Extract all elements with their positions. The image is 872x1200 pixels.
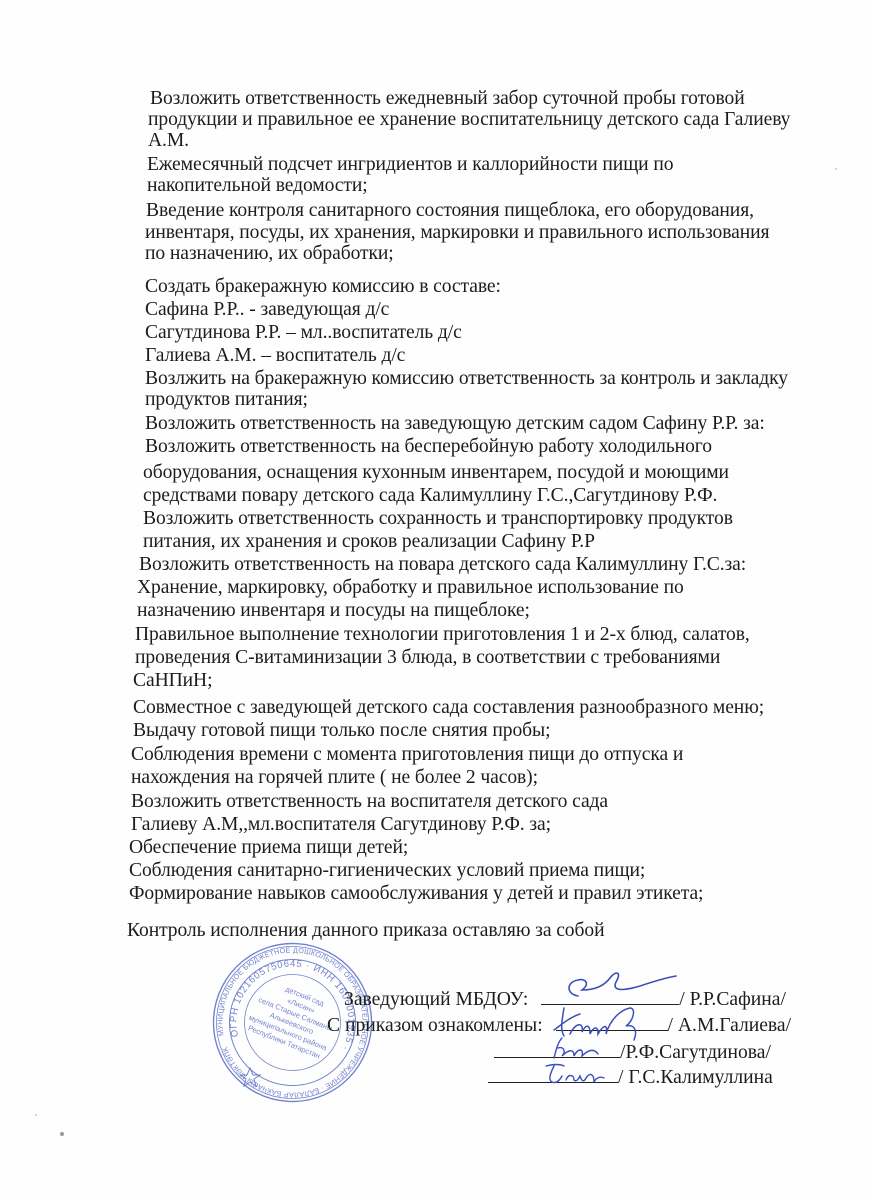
text-line: Ежемесячный подсчет ингридиентов и калло… (147, 154, 673, 176)
head-label: Заведующий МБДОУ: (344, 989, 528, 1010)
acquainted-name: / А.М.Галиева/ (668, 1015, 792, 1036)
text-line: Возложить ответственность на повара детс… (139, 554, 746, 576)
acquainted-name: / Г.С.Калимуллина (618, 1067, 773, 1088)
scan-speck (35, 1114, 37, 1116)
text-line: проведения С-витаминизации 3 блюда, в со… (135, 647, 720, 669)
text-line: Совместное с заведующей детского сада со… (133, 697, 764, 719)
acquainted-row: / Г.С.Калимуллина (488, 1066, 773, 1089)
text-line: Возложить ответственность на воспитателя… (131, 791, 608, 813)
text-line: Создать бракеражную комиссию в составе: (145, 276, 501, 298)
control-statement: Контроль исполнения данного приказа оста… (127, 920, 604, 942)
text-line: А.М. (148, 130, 189, 152)
text-line: инвентаря, посуды, их хранения, маркиров… (145, 222, 769, 244)
text-line: продукции и правильное ее хранение воспи… (148, 109, 790, 131)
text-line: Галиева А.М. – воспитатель д/с (145, 345, 405, 367)
text-line: назначению инвентаря и посуды на пищебло… (137, 600, 530, 622)
text-line: Возложить ответственность ежедневный заб… (150, 88, 745, 110)
text-line: питания, их хранения и сроков реализации… (143, 531, 595, 553)
text-line: Хранение, маркировку, обработку и правил… (137, 577, 684, 599)
text-line: Правильное выполнение технологии пригото… (135, 624, 750, 646)
text-line: по назначению, их обработки; (145, 243, 394, 265)
acquainted-row: /Р.Ф.Сагутдинова/ (494, 1041, 771, 1064)
text-line: Сафина Р.Р.. - заведующая д/с (145, 299, 389, 321)
text-line: Формирование навыков самообслуживания у … (129, 883, 703, 905)
text-line: оборудования, оснащения кухонным инвента… (143, 462, 729, 484)
document-page: Возложить ответственность ежедневный заб… (0, 0, 872, 1200)
acquainted-name: /Р.Ф.Сагутдинова/ (620, 1042, 771, 1063)
text-line: Введение контроля санитарного состояния … (146, 200, 754, 222)
text-line: СаНПиН; (133, 670, 212, 692)
text-line: Возложить ответственность на бесперебойн… (145, 436, 712, 458)
text-line: накопительной ведомости; (147, 175, 368, 197)
text-line: Возлжить на бракеражную комиссию ответст… (145, 368, 788, 390)
text-line: Возложить ответственность сохранность и … (143, 508, 733, 530)
scan-speck (835, 168, 837, 170)
text-line: Обеспечение приема пищи детей; (129, 837, 408, 859)
acquainted-label: С приказом ознакомлены: (327, 1015, 543, 1036)
text-line: средствами повару детского сада Калимулл… (143, 485, 717, 507)
head-name: / Р.Р.Сафина/ (679, 989, 786, 1010)
text-line: Соблюдения времени с момента приготовлен… (131, 744, 683, 766)
scan-speck (60, 1132, 64, 1136)
text-line: Выдачу готовой пищи только после снятия … (133, 720, 550, 742)
text-line: нахождения на горячей плите ( не более 2… (131, 767, 538, 789)
text-line: Возложить ответственность на заведующую … (145, 413, 765, 435)
text-line: Соблюдения санитарно-гигиенических услов… (129, 860, 645, 882)
text-line: Галиеву А.М,,мл.воспитателя Сагутдинову … (131, 814, 551, 836)
signature-kalimullina (540, 1060, 610, 1088)
text-line: Сагутдинова Р.Р. – мл..воспитатель д/с (145, 322, 462, 344)
text-line: продуктов питания; (145, 389, 308, 411)
